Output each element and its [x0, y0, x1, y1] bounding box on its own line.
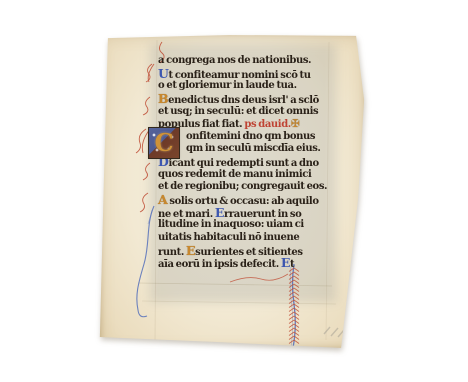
body-text: a congrega nos de nationibus. — [158, 55, 311, 66]
body-text: uitatis habitaculi nō inuene — [158, 232, 299, 243]
penwork-cascade — [230, 264, 299, 348]
text-line: quos redemit de manu inimici — [158, 169, 330, 182]
text-line: runt. Esurientes et sitientes — [158, 245, 330, 258]
body-text: et de regionibu; congregauit eos. — [158, 181, 327, 192]
text-line: a congrega nos de nationibus. — [158, 55, 330, 68]
body-text: enedictus dns deus isrl' a sclō — [168, 95, 319, 106]
body-text: onfitemini dno qm bonus — [186, 131, 315, 142]
body-text: o et gloriemur in laude tua. — [158, 80, 297, 91]
decorated-initial: E — [186, 243, 195, 258]
photo-background: { "leaf": { "description_colors": { "bac… — [0, 0, 468, 382]
text-line: aīa eorū in ipsis defecit. Et — [158, 257, 330, 270]
text-line: Ut confiteamur nomini scō tu — [158, 68, 330, 81]
decorated-initial: B — [158, 91, 168, 106]
text-block: a congrega nos de nationibus.Ut confitea… — [158, 55, 330, 270]
cross-line-filler-icon: ✠ — [291, 118, 299, 130]
text-line: onfitemini dno qm bonus — [158, 131, 330, 144]
manuscript-leaf-shadow: a congrega nos de nationibus.Ut confitea… — [98, 34, 366, 352]
text-line: et de regionibu; congregauit eos. — [158, 181, 330, 194]
marginal-penwork-blue-descender — [137, 206, 154, 317]
illuminated-initial-icon: C — [149, 128, 179, 158]
text-line: ne et mari. Errauerunt in so — [158, 207, 330, 220]
text-line: o et gloriemur in laude tua. — [158, 80, 330, 93]
body-text: runt. — [158, 247, 186, 258]
text-line: A solis ortu & occasu: ab aquilo — [158, 194, 330, 207]
body-text: qm in seculū miscdīa eius. — [186, 143, 321, 154]
body-text: solis ortu & occasu: ab aquilo — [167, 196, 318, 207]
manuscript-leaf: a congrega nos de nationibus.Ut confitea… — [98, 34, 366, 352]
body-text: t — [290, 259, 294, 270]
body-text: ne et mari. — [158, 209, 215, 220]
body-text: aīa eorū in ipsis defecit. — [158, 259, 281, 270]
rubric-text: ps dauid. — [244, 119, 291, 130]
body-text: et usq; in seculū: et dicet omnis — [158, 106, 318, 117]
text-line: Dicant qui redempti sunt a dno — [158, 156, 330, 169]
text-line: uitatis habitaculi nō inuene — [158, 232, 330, 245]
body-text: litudine in inaquoso: uiam ci — [158, 219, 304, 230]
body-text: quos redemit de manu inimici — [158, 169, 311, 180]
decorated-initial: A — [158, 192, 167, 207]
text-line: litudine in inaquoso: uiam ci — [158, 219, 330, 232]
illuminated-initial-letter: C — [149, 128, 179, 158]
pencil-smudge — [324, 327, 344, 337]
body-text: t confiteamur nomini scō tu — [169, 70, 311, 81]
text-line: populus fiat fiat. ps dauid.✠ — [158, 118, 330, 131]
text-line: qm in seculū miscdīa eius. — [158, 143, 330, 156]
body-text: rrauerunt in so — [224, 209, 301, 220]
body-text: icant qui redempti sunt a dno — [168, 158, 318, 169]
decorated-initial: U — [158, 66, 169, 81]
text-line: Benedictus dns deus isrl' a sclō — [158, 93, 330, 106]
decorated-initial: E — [281, 255, 290, 270]
decorated-initial: E — [215, 205, 224, 220]
text-line: et usq; in seculū: et dicet omnis — [158, 106, 330, 119]
